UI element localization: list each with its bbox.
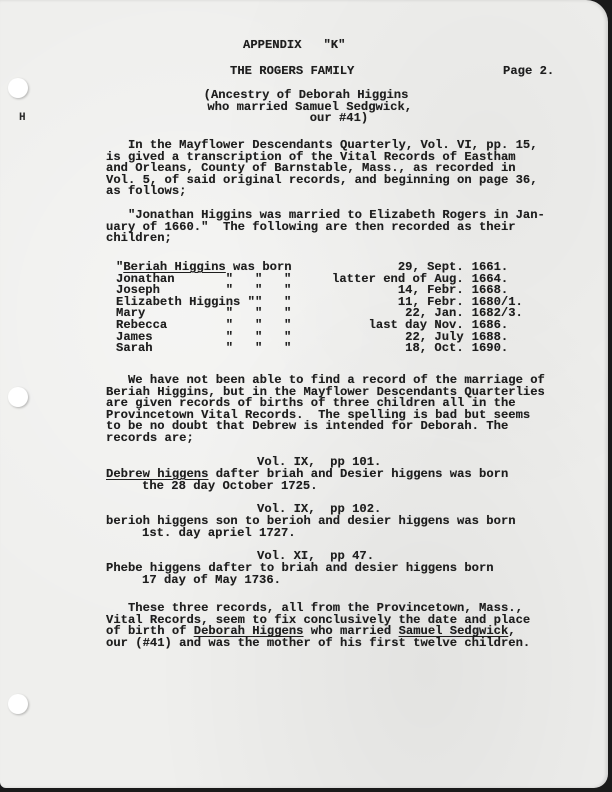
paragraph-marriage: "Jonathan Higgins was married to Elizabe… — [106, 210, 545, 245]
punch-hole-bottom — [8, 694, 28, 714]
family-title: THE ROGERS FAMILY — [230, 66, 354, 78]
page-number: Page 2. — [503, 66, 554, 78]
punch-hole-middle — [8, 387, 28, 407]
record-entry: Phebe higgens dafter to briah and desier… — [106, 563, 494, 586]
appendix-title: APPENDIX "K" — [243, 40, 345, 52]
subtitle-line: our #41) — [310, 111, 369, 125]
text-line: the 28 day October 1725. — [106, 481, 318, 493]
ditto-mark: " — [226, 343, 255, 355]
text-line: our (#41) and was the mother of his firs… — [106, 636, 530, 650]
table-row: Sarah"""18, Oct.1690. — [116, 343, 523, 355]
ditto-mark: " — [284, 297, 332, 309]
ditto-mark: born — [255, 262, 332, 274]
children-table: "Beriah Higgins was born29, Sept.1661.Jo… — [116, 262, 523, 355]
paragraph-intro: In the Mayflower Descendants Quarterly, … — [106, 140, 538, 198]
ditto-mark: " — [284, 320, 332, 332]
ditto-mark: " — [284, 343, 332, 355]
ditto-mark: " — [284, 332, 332, 344]
document-page: H APPENDIX "K" THE ROGERS FAMILY Page 2.… — [0, 0, 608, 788]
text-line: children; — [106, 231, 172, 245]
child-name: Sarah — [116, 343, 226, 355]
text-line: 17 day of May 1736. — [106, 575, 281, 587]
margin-mark: H — [19, 112, 26, 124]
paragraph-beriah: We have not been able to find a record o… — [106, 375, 545, 445]
punch-hole-top — [8, 78, 28, 98]
text-line: records are; — [106, 431, 194, 445]
record-entry: berioh higgens son to berioh and desier … — [106, 516, 516, 539]
ditto-mark: " — [284, 308, 332, 320]
record-entry: Debrew higgens dafter briah and Desier h… — [106, 469, 508, 492]
ditto-mark: " — [284, 274, 332, 286]
ditto-mark: " — [240, 295, 255, 309]
subtitle-line: who married Samuel Sedgwick, — [200, 100, 412, 114]
ditto-mark: " — [284, 285, 332, 297]
text-line: 1st. day apriel 1727. — [106, 528, 296, 540]
birth-year: 1690. — [472, 343, 523, 355]
child-name-text: Sarah — [116, 341, 153, 355]
text-line: as follows; — [106, 184, 186, 198]
paragraph-conclusion: These three records, all from the Provin… — [106, 603, 530, 649]
subtitle: (Ancestry of Deborah Higgins who married… — [200, 90, 412, 125]
ditto-mark: " — [255, 343, 284, 355]
birth-date: 18, Oct. — [332, 343, 472, 355]
